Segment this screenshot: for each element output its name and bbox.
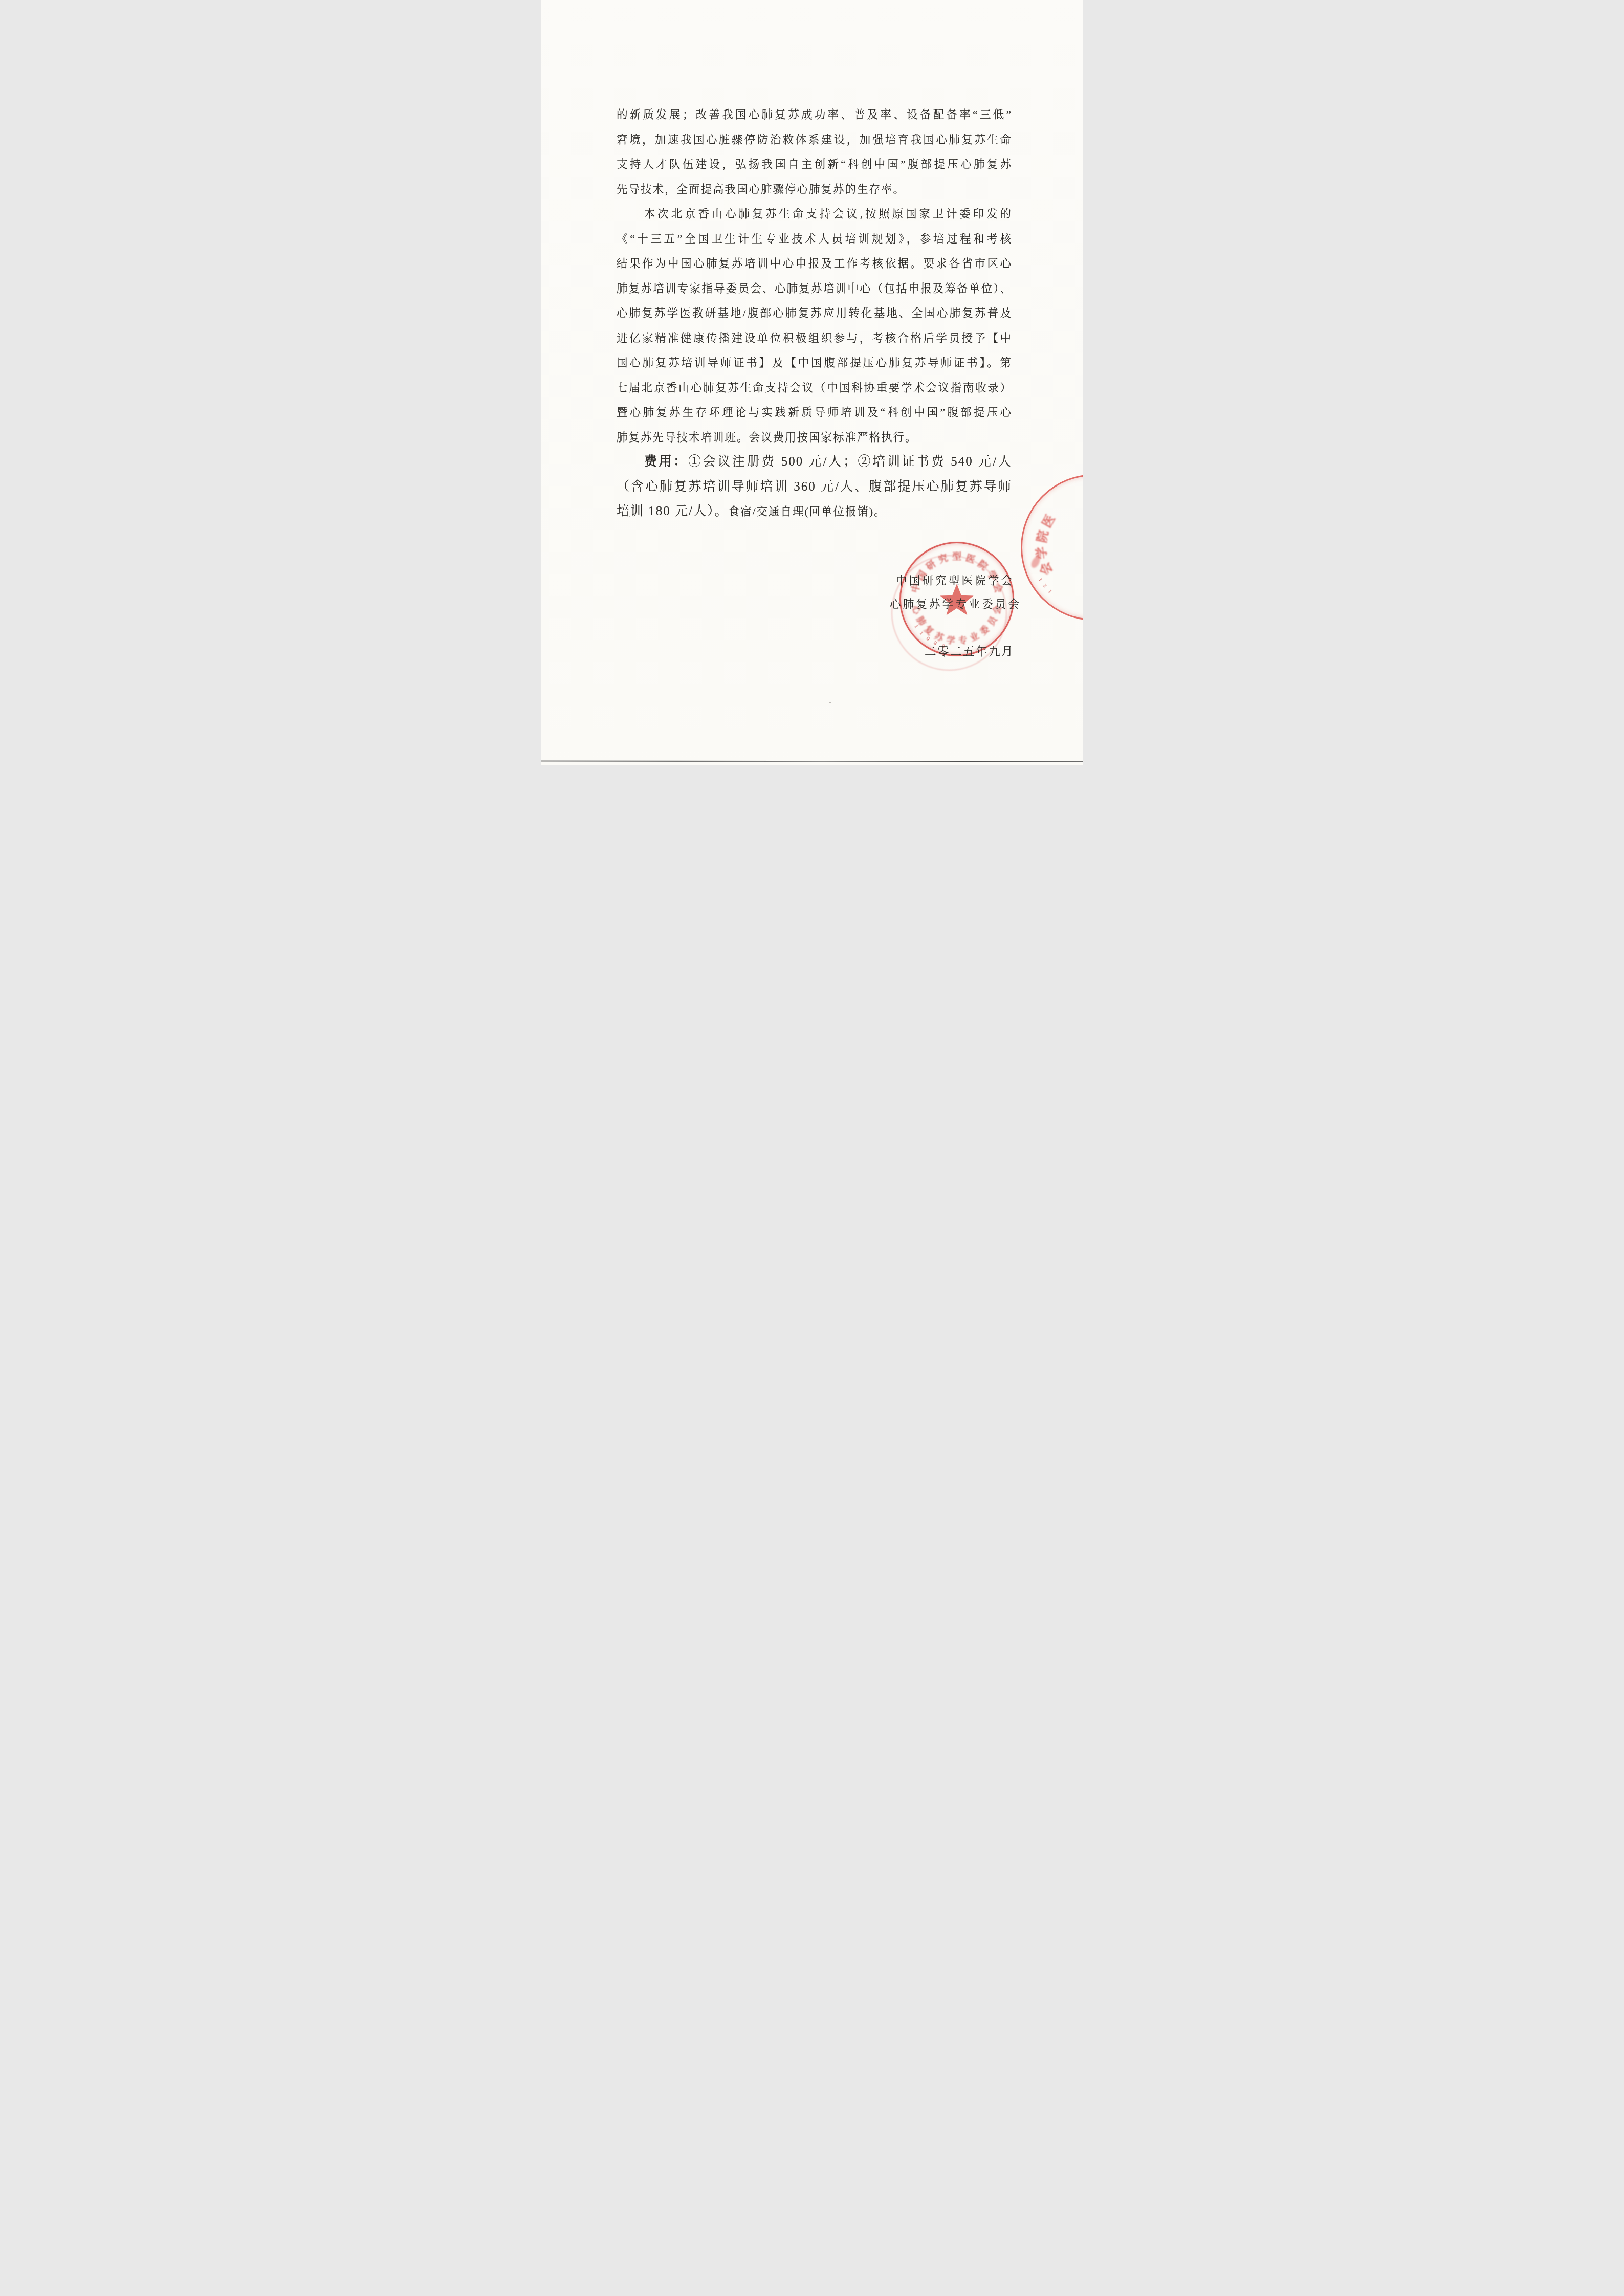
signing-org-line-2: 心肺复苏学专业委员会 xyxy=(890,595,1021,611)
seal-ring-char: 0 xyxy=(925,635,931,642)
body-line: 暨心肺复苏生存环理论与实践新质导师培训及“科创中国”腹部提压心 xyxy=(617,400,1012,425)
seal-ring-char: 医 xyxy=(1037,511,1058,530)
seal-ring-char: 医 xyxy=(964,550,977,566)
body-line: 心肺复苏学医教研基地/腹部心肺复苏应用转化基地、全国心肺复苏普及 xyxy=(617,301,1012,326)
seal-ring-char: 肺 xyxy=(914,613,930,628)
document-body: 的新质发展；改善我国心肺复苏成功率、普及率、设备配备率“三低” 窘境，加速我国心… xyxy=(617,102,1012,524)
body-line: 先导技术，全面提高我国心脏骤停心肺复苏的生存率。 xyxy=(617,177,1012,202)
seal-ring-char: 院 xyxy=(975,557,991,573)
fee-line-1-text: ①会议注册费 500 元/人；②培训证书费 540 元/人 xyxy=(688,455,1012,469)
body-line: 进亿家精准健康传播建设单位积极组织参与，考核合格后学员授予【中 xyxy=(617,326,1012,351)
body-line: 本次北京香山心肺复苏生命支持会议,按照原国家卫计委印发的 xyxy=(617,202,1012,227)
partial-edge-seal: 医院学会 131 xyxy=(1021,474,1083,621)
body-line: 支持人才队伍建设，弘扬我国自主创新“科创中国”腹部提压心肺复苏 xyxy=(617,152,1012,177)
seal-ring-char: 院 xyxy=(1032,528,1051,544)
seal-ring-char: 员 xyxy=(984,613,999,628)
seal-ring-char: 1 xyxy=(1037,577,1044,582)
body-line: 的新质发展；改善我国心肺复苏成功率、普及率、设备配备率“三低” xyxy=(617,102,1012,127)
signature-date: 二零二五年九月 xyxy=(925,643,1014,659)
fee-line-3-big: 培训 180 元/人）。 xyxy=(617,504,728,518)
fee-line-3-small: 食宿/交通自理(回单位报销)。 xyxy=(728,505,886,518)
body-line: 国心肺复苏培训导师证书】及【中国腹部提压心肺复苏导师证书】。第 xyxy=(617,350,1012,376)
seal-ring-char: 3 xyxy=(1041,583,1048,589)
seal-ring-char: 1 xyxy=(1047,588,1053,594)
scan-speck xyxy=(629,516,630,517)
seal-ring-char: 会 xyxy=(1034,560,1056,579)
seal-ring-char: 复 xyxy=(922,622,937,637)
seal-ring-char: 型 xyxy=(952,549,961,563)
seal-ring-char: 学 xyxy=(1031,546,1050,560)
fee-line-1: 费用：①会议注册费 500 元/人；②培训证书费 540 元/人 xyxy=(617,450,1012,475)
seal-ring-char: 委 xyxy=(977,622,992,637)
seal-ring-char: 究 xyxy=(936,550,949,566)
body-line: 《“十三五”全国卫生计生专业技术人员培训规划》，参培过程和考核 xyxy=(617,227,1012,252)
body-line: 肺复苏先导技术培训班。会议费用按国家标准严格执行。 xyxy=(617,425,1012,450)
seal-ring-char: 苏 xyxy=(933,629,946,644)
fee-label: 费用： xyxy=(644,455,688,469)
fee-line-2: （含心肺复苏培训导师培训 360 元/人、腹部提压心肺复苏导师 xyxy=(617,475,1012,500)
body-line: 窘境，加速我国心脏骤停防治救体系建设，加强培育我国心肺复苏生命 xyxy=(617,127,1012,152)
scan-speck xyxy=(829,702,831,703)
scanned-document-page: 中国研究型医院学会 心肺复苏学专业委员会 11080 医院学会 131 的新质发… xyxy=(541,0,1083,765)
body-line: 肺复苏培训专家指导委员会、心肺复苏培训中心（包括申报及筹备单位）、 xyxy=(617,276,1012,301)
seal-ring-char: 1 xyxy=(918,630,925,636)
seal-ring-char: 1 xyxy=(913,624,919,629)
body-line: 七届北京香山心肺复苏生命支持会议（中国科协重要学术会议指南收录） xyxy=(617,376,1012,401)
seal-ring-char: 研 xyxy=(923,557,938,573)
body-line: 结果作为中国心肺复苏培训中心申报及工作考核依据。要求各省市区心 xyxy=(617,251,1012,276)
seal-ink-blob xyxy=(1029,555,1042,569)
fee-line-3: 培训 180 元/人）。食宿/交通自理(回单位报销)。 xyxy=(617,499,1012,524)
scan-edge-line xyxy=(541,760,1083,762)
seal-ring-char: 业 xyxy=(968,629,981,644)
signing-org-line-1: 中国研究型医院学会 xyxy=(896,572,1014,588)
partial-seal-ring xyxy=(1021,474,1083,621)
